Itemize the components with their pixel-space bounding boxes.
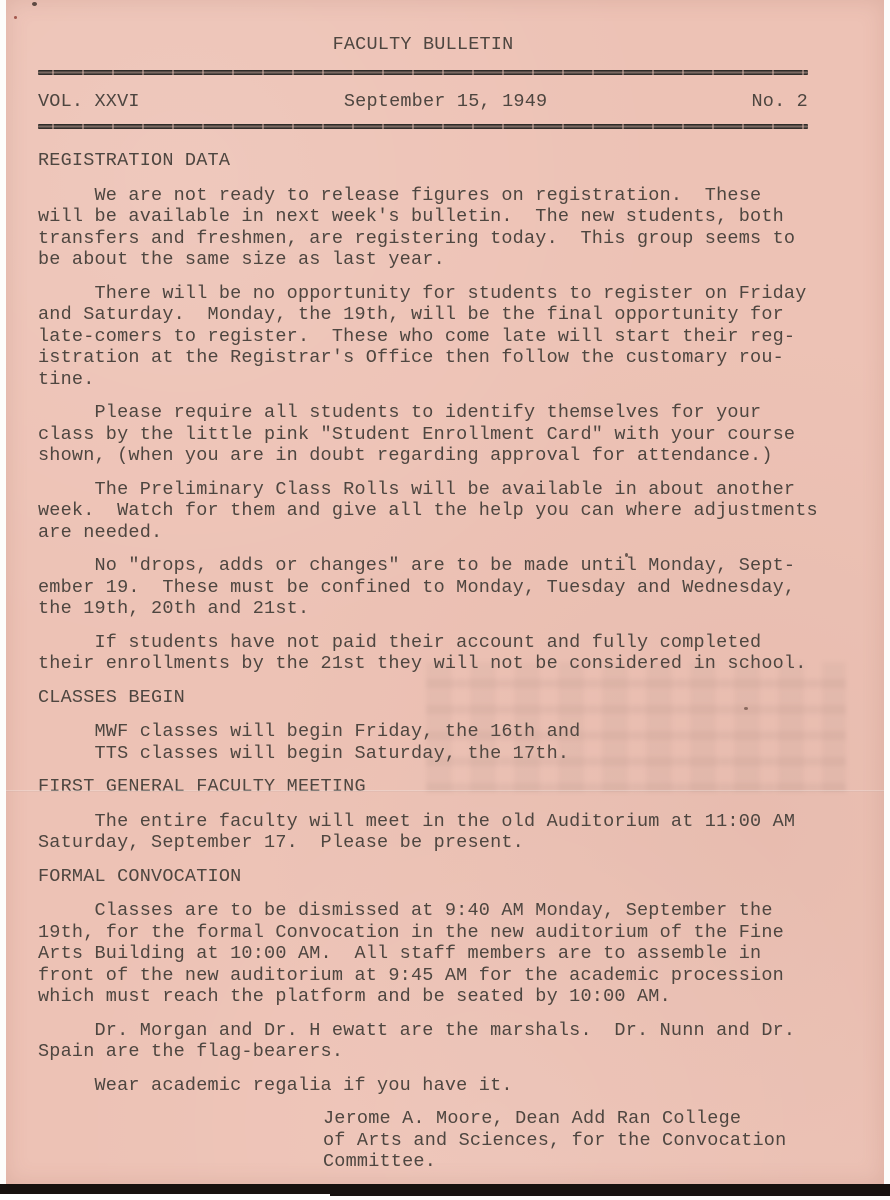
- paragraph: The entire faculty will meet in the old …: [38, 811, 810, 854]
- scanned-page: FACULTY BULLETIN VOL. XXVI September 15,…: [0, 0, 890, 1200]
- masthead-title: FACULTY BULLETIN: [38, 34, 808, 56]
- issue-info-row: VOL. XXVI September 15, 1949 No. 2: [38, 91, 808, 113]
- section-heading-formal-convocation: FORMAL CONVOCATION: [38, 866, 810, 888]
- section-formal-convocation: FORMAL CONVOCATION Classes are to be dis…: [38, 866, 810, 1097]
- section-heading-registration-data: REGISTRATION DATA: [38, 150, 810, 172]
- paragraph: Classes are to be dismissed at 9:40 AM M…: [38, 900, 810, 1008]
- paragraph: Wear academic regalia if you have it.: [38, 1075, 810, 1097]
- header-rule-top: [38, 70, 808, 75]
- scan-edge-gap: [0, 1194, 330, 1200]
- section-classes-begin: CLASSES BEGIN MWF classes will begin Fri…: [38, 687, 810, 765]
- signature-block: Jerome A. Moore, Dean Add Ran College of…: [38, 1108, 810, 1173]
- header-rule-bottom: [38, 124, 808, 129]
- paragraph: The Preliminary Class Rolls will be avai…: [38, 479, 810, 544]
- paragraph: MWF classes will begin Friday, the 16th …: [38, 721, 810, 764]
- volume-label: VOL. XXVI: [38, 91, 140, 113]
- section-first-general-faculty-meeting: FIRST GENERAL FACULTY MEETING The entire…: [38, 776, 810, 854]
- section-heading-classes-begin: CLASSES BEGIN: [38, 687, 810, 709]
- paragraph: No "drops, adds or changes" are to be ma…: [38, 555, 810, 620]
- section-heading-faculty-meeting: FIRST GENERAL FACULTY MEETING: [38, 776, 810, 798]
- issue-date: September 15, 1949: [344, 91, 547, 113]
- paragraph: Please require all students to identify …: [38, 402, 810, 467]
- issue-number: No. 2: [751, 91, 808, 113]
- paragraph: If students have not paid their account …: [38, 632, 810, 675]
- bulletin-content: FACULTY BULLETIN VOL. XXVI September 15,…: [6, 0, 810, 1173]
- paper-sheet: FACULTY BULLETIN VOL. XXVI September 15,…: [6, 0, 884, 1184]
- paragraph: There will be no opportunity for student…: [38, 283, 810, 391]
- section-registration-data: REGISTRATION DATA We are not ready to re…: [38, 150, 810, 675]
- paragraph: Dr. Morgan and Dr. H ewatt are the marsh…: [38, 1020, 810, 1063]
- paragraph: We are not ready to release figures on r…: [38, 185, 810, 271]
